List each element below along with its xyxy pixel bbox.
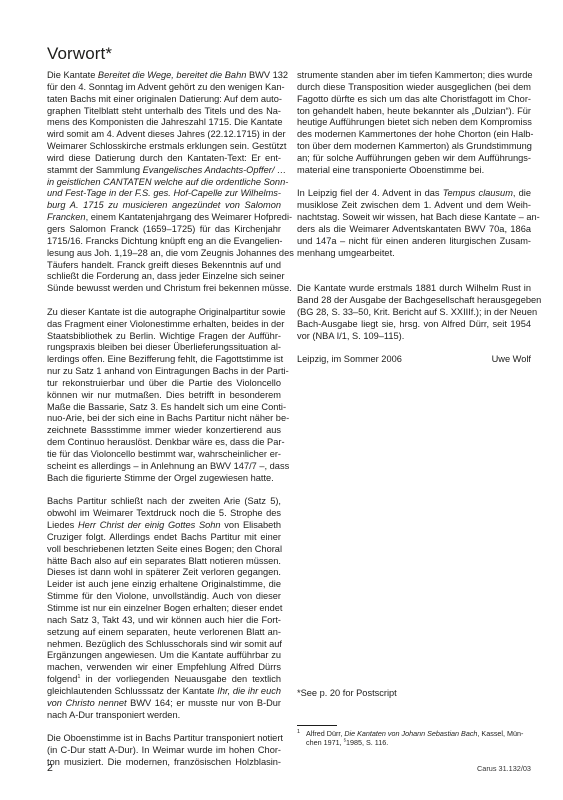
text-line: stammt der Sammlung Evangelisches Andach… [47,165,281,177]
text-line: 1715/16. Francks Dichtung knüpft eng an … [47,236,281,248]
text-line: machen, verwenden wir einer Empfehlung A… [47,662,281,674]
text-line: Bachs Partitur schließt nach der zweiten… [47,496,281,508]
text-line: zeichnete Bassstimme immer wieder konzer… [47,425,281,437]
text-line: von Christo nennet BWV 164; er musste nu… [47,698,281,710]
text-line: an; für solche Aufführungen geben wir de… [297,153,531,165]
paragraph-4: Die Oboenstimme ist in Bachs Partitur tr… [47,733,281,769]
text-line: Dieses ist dann wohl in späterer Zeit ve… [47,567,281,579]
text-line: nach Satz 3, Takt 43, und wir können auc… [47,615,281,627]
text-line: nur zu Satz 1 anhand von Eintragungen Ba… [47,366,281,378]
text-line: obwohl im Weimarer Textdruck noch die 5.… [47,508,281,520]
text-line: tur rekonstruierbar und über die Partie … [47,378,281,390]
text-line: des modernen Kammertones der hohe Chorto… [297,129,531,141]
text-line: dem Continuo herauslöst. Denkbar wäre es… [47,437,281,449]
text-line: musiklose Zeit zwischen dem 1. Advent un… [297,200,531,212]
text-line: material eine transponierte Oboenstimme … [297,165,531,177]
paragraph-5: strumente standen aber im tiefen Kammert… [297,70,531,177]
text-line: Täufers handelt. Franck greift dieses Be… [47,260,281,272]
text-line: ton gehandelt haben, heute bekannter als… [297,106,531,118]
footnote-divider [297,725,337,726]
text-line: wird somit am 4. Advent dieses Jahres (2… [47,129,281,141]
text-line: Sünde bewusst werden und Christum frei b… [47,283,281,295]
paragraph-7: Die Kantate wurde erstmals 1881 durch Wi… [297,283,531,342]
text-line: ders als die Weimarer Adventskantaten BW… [297,224,531,236]
text-line: Leider ist auch jene einzig erhaltene Or… [47,579,281,591]
author-name: Uwe Wolf [492,354,531,366]
text-line: Stimme ist nur ein einzelner Bogen erhal… [47,603,281,615]
left-column: Die Kantate Bereitet die Wege, bereitet … [47,70,281,781]
text-line: wird diese Datierung durch den Kantaten-… [47,153,281,165]
text-line: durch diese Transposition wieder ausgegl… [297,82,531,94]
text-line: schließt die Forderung an, dass jeder Ei… [47,271,281,283]
right-column: strumente standen aber im tiefen Kammert… [297,70,531,366]
text-line: und 147a – nicht für einen anderen litur… [297,236,531,248]
text-line: nach A-Dur transponiert werden. [47,710,281,722]
place-date: Leipzig, im Sommer 2006 [297,354,402,366]
text-line: Die Kantate wurde erstmals 1881 durch Wi… [297,283,531,295]
text-line: können wir nur mutmaßen. Dies betrifft i… [47,390,281,402]
page-title: Vorwort* [47,44,112,64]
page-number: 2 [47,762,53,774]
paragraph-3: Bachs Partitur schließt nach der zweiten… [47,496,281,721]
footnote-1: 1 Alfred Dürr, Die Kantaten von Johann S… [297,729,531,748]
text-line: voll beschriebenen letzten Seite eines B… [47,544,281,556]
text-line: Die Oboenstimme ist in Bachs Partitur tr… [47,733,281,745]
text-line: hätte Bach also auf ein separates Blatt … [47,556,281,568]
text-line: Zu dieser Kantate ist die autographe Ori… [47,307,281,319]
text-line: tie für das Violoncello bestimmt war, wa… [47,449,281,461]
text-line: heutige Aufführungen bietet sich neben d… [297,117,531,129]
text-line: graphen Titelblatt steht unterhalb des T… [47,106,281,118]
text-line: nachtstag. Soweit wir wissen, hat Bach d… [297,212,531,224]
text-line: und Fest-Tage in der F.S. ges. Hof-Capel… [47,188,281,200]
text-line: das Fragment einer Violonestimme erhalte… [47,319,281,331]
text-line: setzung auf einem separaten, heute verlo… [47,627,281,639]
text-line: taten Bachs mit einer originalen Datieru… [47,94,281,106]
text-line: lerdings offen. Eine Bezifferung fehlt, … [47,354,281,366]
postscript-note: *See p. 20 for Postscript [297,688,397,698]
text-line: menhang umgearbeitet. [297,248,531,260]
text-line: Band 28 der Ausgabe der Bachgesellschaft… [297,295,531,307]
text-line: (in C-Dur statt A-Dur). In Weimar wurde … [47,745,281,757]
text-line: Ergänzungen angewiesen. Um die Kantate a… [47,650,281,662]
paragraph-6: In Leipzig fiel der 4. Advent in das Tem… [297,188,531,259]
footnote-text: Alfred Dürr, Die Kantaten von Johann Seb… [306,729,531,748]
text-line: mens des Komponisten die Jahreszahl 1715… [47,117,281,129]
text-line: ton über dem modernen Kammerton) als Gru… [297,141,531,153]
text-line: Fagotto dürfte es sich um das alte Chori… [297,94,531,106]
text-line: ton musiziert. Die modernen, französisch… [47,757,281,769]
text-line: in geistlichen CANTATEN welche auf die o… [47,177,281,189]
footnote-line: chen 1971, 51985, S. 116. [306,738,531,747]
paragraph-1: Die Kantate Bereitet die Wege, bereitet … [47,70,281,295]
text-line: folgend1 in der vorliegenden Neuausgabe … [47,674,281,686]
text-line: Stimme für den Violone, unvollständig. A… [47,591,281,603]
text-line: Die Kantate Bereitet die Wege, bereitet … [47,70,281,82]
text-line: Cruziger folgt. Allerdings endet Bachs P… [47,532,281,544]
text-line: rungspraxis bleiben bei dieser Überliefe… [47,342,281,354]
text-line: Staatsbibliothek zu Berlin. Wichtige Fra… [47,331,281,343]
text-line: burg A. 1715 zu musicieren angezündet vo… [47,200,281,212]
text-line: nehmen. Bezüglich des Schlusschorals sin… [47,639,281,651]
text-line: Maße die Bassarie, Satz 3. Es handelt si… [47,402,281,414]
text-line: lesung aus Joh. 1,19–28 an, die vom Zeug… [47,248,281,260]
paragraph-2: Zu dieser Kantate ist die autographe Ori… [47,307,281,485]
edition-code: Carus 31.132/03 [477,764,531,773]
footnote-number: 1 [297,728,300,737]
text-line: gers Salomon Franck (1659–1725) für das … [47,224,281,236]
text-line: nuo-Arie, bei der sich eine in Bachs Par… [47,413,281,425]
text-line: strumente standen aber im tiefen Kammert… [297,70,531,82]
signature: Leipzig, im Sommer 2006 Uwe Wolf [297,354,531,366]
text-line: In Leipzig fiel der 4. Advent in das Tem… [297,188,531,200]
footnote-line: Alfred Dürr, Die Kantaten von Johann Seb… [306,729,531,738]
text-line: Bach-Ausgabe liegt sie, hrsg. von Alfred… [297,319,531,331]
text-line: scheint es allerdings – in Anlehnung an … [47,461,281,473]
text-line: vor (NBA I/1, S. 109–115). [297,331,531,343]
text-line: (BG 28, S. 33–50, Krit. Bericht auf S. X… [297,307,531,319]
text-line: Liedes Herr Christ der einig Gottes Sohn… [47,520,281,532]
text-line: Weimarer Schlosskirche erstmals erklunge… [47,141,281,153]
text-line: für den 4. Sonntag im Advent gehört zu d… [47,82,281,94]
text-line: Bach die figurierte Stimme der Orgel zug… [47,473,281,485]
text-line: gleichlautenden Schlusssatz der Kantate … [47,686,281,698]
text-line: Francken, einem Kantatenjahrgang des Wei… [47,212,281,224]
